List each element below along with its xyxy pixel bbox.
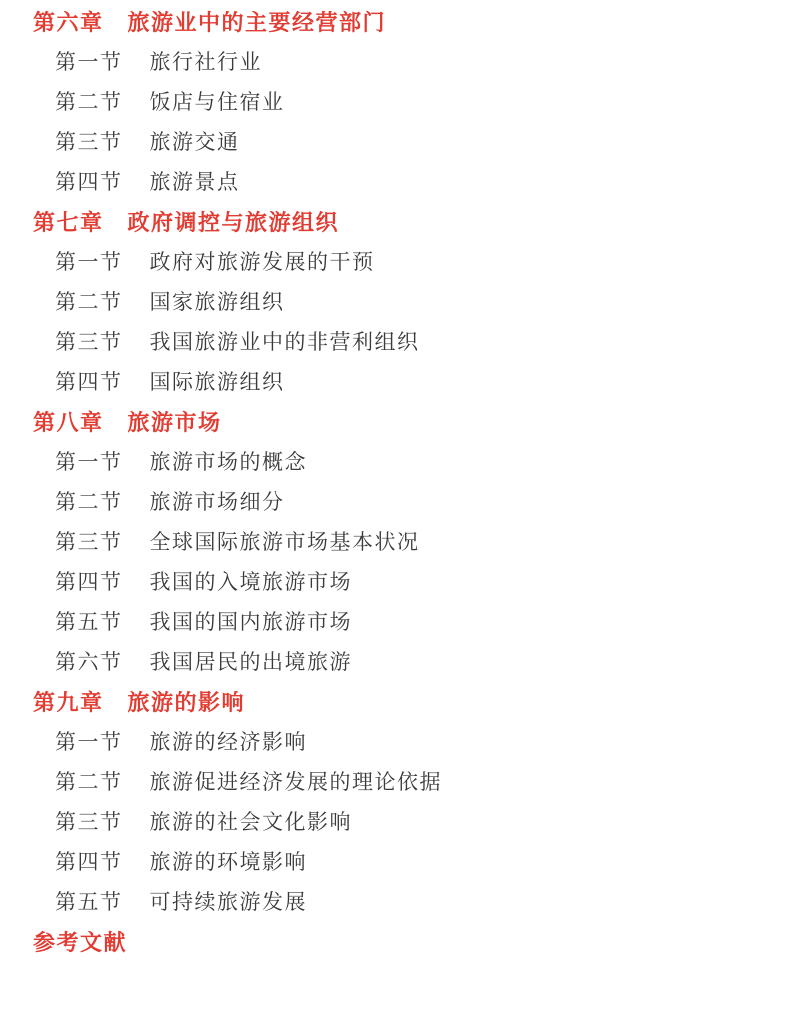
section-item: 第一节政府对旅游发展的干预 [0,243,790,283]
entry-label: 第一节 [55,251,123,274]
section-item: 第一节旅游的经济影响 [0,723,790,763]
section-item: 第四节我国的入境旅游市场 [0,563,790,603]
entry-label: 第四节 [55,571,123,594]
table-of-contents: 第六章旅游业中的主要经营部门第一节旅行社行业第二节饭店与住宿业第三节旅游交通第四… [0,3,790,963]
section-item: 第二节国家旅游组织 [0,283,790,323]
entry-label: 第三节 [55,531,123,554]
entry-title: 饭店与住宿业 [150,91,285,114]
chapter-heading: 第六章旅游业中的主要经营部门 [0,3,790,43]
entry-label: 第六节 [55,651,123,674]
section-item: 第五节我国的国内旅游市场 [0,603,790,643]
entry-label: 第三节 [55,131,123,154]
section-item: 第三节旅游的社会文化影响 [0,803,790,843]
section-item: 第六节我国居民的出境旅游 [0,643,790,683]
entry-label: 第五节 [55,891,123,914]
section-item: 第四节国际旅游组织 [0,363,790,403]
entry-title: 旅游的影响 [128,690,246,715]
entry-label: 第一节 [55,731,123,754]
entry-label: 第一节 [55,51,123,74]
section-item: 第一节旅游市场的概念 [0,443,790,483]
entry-title: 我国旅游业中的非营利组织 [150,331,420,354]
section-item: 第三节旅游交通 [0,123,790,163]
entry-label: 第八章 [33,410,104,435]
entry-label: 第七章 [33,210,104,235]
entry-title: 我国的国内旅游市场 [150,611,353,634]
section-item: 第二节旅游促进经济发展的理论依据 [0,763,790,803]
entry-label: 参考文献 [33,930,127,955]
entry-label: 第四节 [55,371,123,394]
entry-label: 第九章 [33,690,104,715]
section-item: 第四节旅游景点 [0,163,790,203]
entry-title: 可持续旅游发展 [150,891,308,914]
section-item: 第四节旅游的环境影响 [0,843,790,883]
entry-label: 第二节 [55,771,123,794]
chapter-heading: 第八章旅游市场 [0,403,790,443]
entry-title: 旅游的经济影响 [150,731,308,754]
entry-label: 第六章 [33,10,104,35]
entry-title: 旅游市场 [128,410,222,435]
entry-label: 第四节 [55,851,123,874]
section-item: 第二节饭店与住宿业 [0,83,790,123]
entry-title: 旅游促进经济发展的理论依据 [150,771,443,794]
chapter-heading: 第七章政府调控与旅游组织 [0,203,790,243]
entry-title: 我国的入境旅游市场 [150,571,353,594]
entry-label: 第二节 [55,491,123,514]
entry-title: 旅游市场细分 [150,491,285,514]
entry-title: 旅游业中的主要经营部门 [128,10,387,35]
section-item: 第二节旅游市场细分 [0,483,790,523]
entry-label: 第一节 [55,451,123,474]
entry-label: 第三节 [55,331,123,354]
entry-label: 第三节 [55,811,123,834]
entry-label: 第二节 [55,291,123,314]
back-matter-heading: 参考文献 [0,923,790,963]
entry-title: 国际旅游组织 [150,371,285,394]
entry-title: 政府调控与旅游组织 [128,210,340,235]
chapter-heading: 第九章旅游的影响 [0,683,790,723]
entry-label: 第五节 [55,611,123,634]
entry-label: 第四节 [55,171,123,194]
entry-title: 政府对旅游发展的干预 [150,251,375,274]
entry-title: 旅游景点 [150,171,240,194]
section-item: 第五节可持续旅游发展 [0,883,790,923]
section-item: 第三节全球国际旅游市场基本状况 [0,523,790,563]
section-item: 第三节我国旅游业中的非营利组织 [0,323,790,363]
entry-title: 我国居民的出境旅游 [150,651,353,674]
entry-title: 全球国际旅游市场基本状况 [150,531,420,554]
entry-title: 旅游交通 [150,131,240,154]
entry-title: 旅游的社会文化影响 [150,811,353,834]
toc-page: 第六章旅游业中的主要经营部门第一节旅行社行业第二节饭店与住宿业第三节旅游交通第四… [0,0,790,1013]
entry-title: 旅行社行业 [150,51,263,74]
entry-label: 第二节 [55,91,123,114]
entry-title: 旅游的环境影响 [150,851,308,874]
entry-title: 国家旅游组织 [150,291,285,314]
entry-title: 旅游市场的概念 [150,451,308,474]
section-item: 第一节旅行社行业 [0,43,790,83]
